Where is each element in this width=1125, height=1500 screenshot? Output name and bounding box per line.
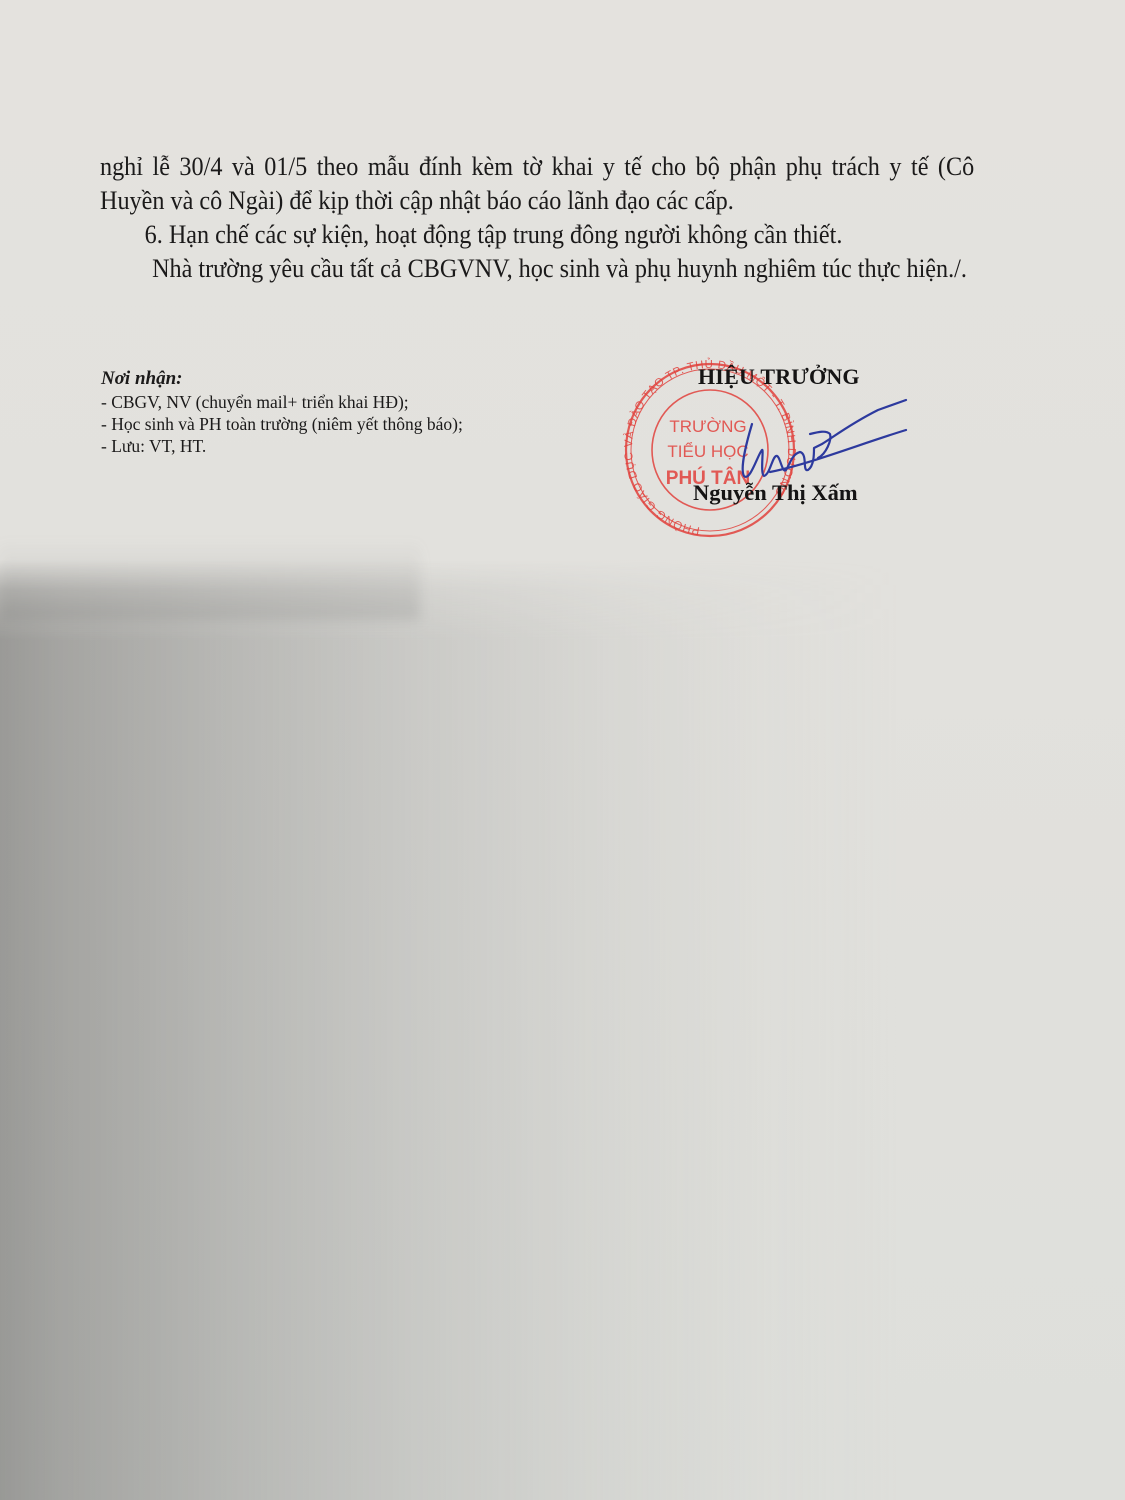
body-paragraph-closing: Nhà trường yêu cầu tất cả CBGVNV, học si… [100, 252, 974, 286]
photo-shadow [0, 560, 1125, 1500]
body-paragraph-continuation: nghỉ lễ 30/4 và 01/5 theo mẫu đính kèm t… [100, 150, 974, 218]
signature-block: PHÒNG GIÁO DỤC VÀ ĐÀO TẠO TP. THỦ DẦU MỘ… [640, 362, 940, 562]
stamp-inner-line-1: TRƯỜNG [669, 417, 746, 436]
recipients-title: Nơi nhận: [101, 368, 496, 390]
signer-name: Nguyễn Thị Xấm [693, 480, 858, 506]
document-body: nghỉ lễ 30/4 và 01/5 theo mẫu đính kèm t… [100, 150, 974, 286]
signer-title: HIỆU TRƯỞNG [698, 364, 860, 390]
body-paragraph-item-6: 6. Hạn chế các sự kiện, hoạt động tập tr… [100, 218, 974, 252]
recipients-block: Nơi nhận: - CBGV, NV (chuyển mail+ triển… [101, 368, 496, 457]
stamp-inner-line-2: TIỂU HỌC [667, 442, 748, 461]
recipient-item: - Lưu: VT, HT. [101, 435, 496, 457]
handwritten-signature [710, 384, 910, 494]
recipient-item: - CBGV, NV (chuyển mail+ triển khai HĐ); [101, 391, 496, 413]
recipient-item: - Học sinh và PH toàn trường (niêm yết t… [101, 413, 496, 435]
